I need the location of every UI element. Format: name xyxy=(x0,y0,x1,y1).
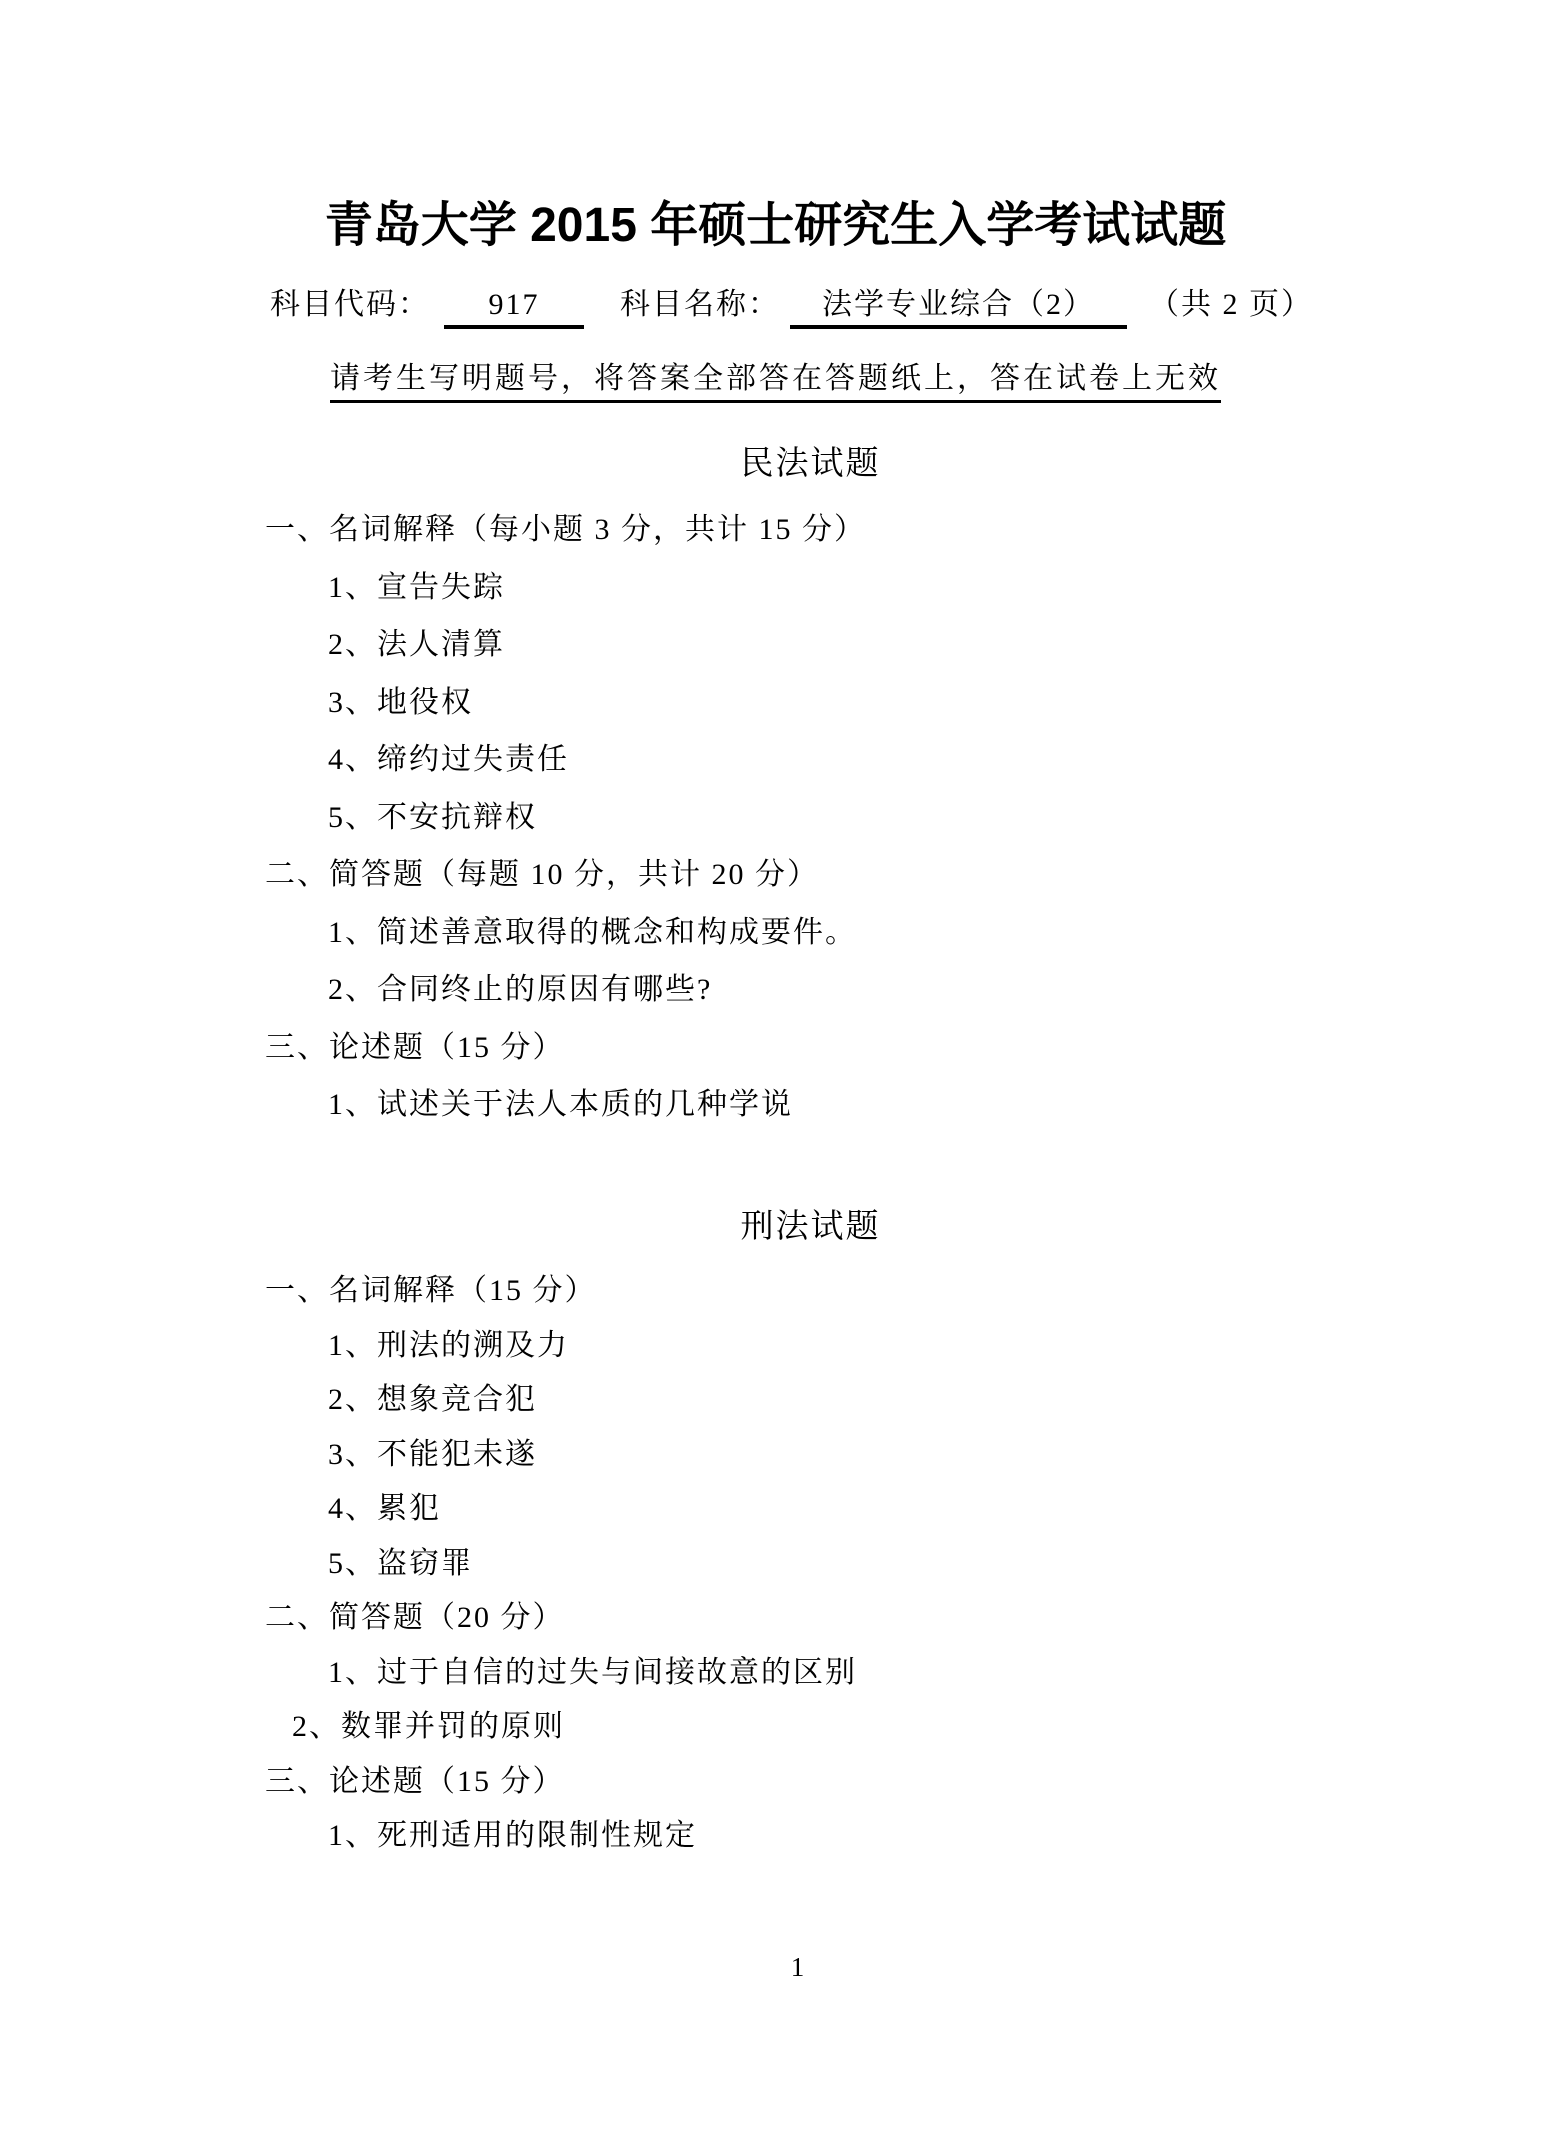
question-group-header: 二、简答题（每题 10 分，共计 20 分） xyxy=(0,846,1551,904)
exam-instruction-text: 请考生写明题号，将答案全部答在答题纸上，答在试卷上无效 xyxy=(330,362,1221,403)
question-item: 1、过于自信的过失与间接故意的区别 xyxy=(0,1646,1551,1701)
subject-code-value: 917 xyxy=(444,287,584,329)
civil-law-section-heading: 民法试题 xyxy=(0,441,1551,501)
question-item: 1、简述善意取得的概念和构成要件。 xyxy=(0,904,1551,962)
question-item: 1、试述关于法人本质的几种学说 xyxy=(0,1076,1551,1134)
question-item: 5、盗窃罪 xyxy=(0,1537,1551,1592)
pages-note: （共 2 页） xyxy=(1149,288,1313,321)
criminal-law-section-heading: 刑法试题 xyxy=(0,1204,1551,1264)
question-item: 2、法人清算 xyxy=(0,616,1551,674)
question-group-header: 三、论述题（15 分） xyxy=(0,1019,1551,1077)
question-item: 4、累犯 xyxy=(0,1482,1551,1537)
page-number: 1 xyxy=(0,1952,1551,1983)
subject-name-value: 法学专业综合（2） xyxy=(790,287,1127,329)
exam-paper-page: 青岛大学 2015 年硕士研究生入学考试试题 科目代码：917科目名称：法学专业… xyxy=(0,0,1551,2151)
question-item: 1、宣告失踪 xyxy=(0,559,1551,617)
question-group-header: 一、名词解释（每小题 3 分，共计 15 分） xyxy=(0,501,1551,559)
page-title: 青岛大学 2015 年硕士研究生入学考试试题 xyxy=(0,200,1551,253)
question-item: 4、缔约过失责任 xyxy=(0,731,1551,789)
question-item: 3、不能犯未遂 xyxy=(0,1428,1551,1483)
criminal-law-section: 刑法试题 一、名词解释（15 分） 1、刑法的溯及力 2、想象竞合犯 3、不能犯… xyxy=(0,1204,1551,1864)
question-item: 1、死刑适用的限制性规定 xyxy=(0,1809,1551,1864)
subject-name-label: 科目名称： xyxy=(620,288,780,321)
question-group-header: 二、简答题（20 分） xyxy=(0,1591,1551,1646)
question-item: 2、想象竞合犯 xyxy=(0,1373,1551,1428)
subject-meta-line: 科目代码：917科目名称：法学专业综合（2）（共 2 页） xyxy=(270,287,1313,329)
question-group-header: 一、名词解释（15 分） xyxy=(0,1264,1551,1319)
question-item: 5、不安抗辩权 xyxy=(0,789,1551,847)
question-item: 3、地役权 xyxy=(0,674,1551,732)
exam-instruction: 请考生写明题号，将答案全部答在答题纸上，答在试卷上无效 xyxy=(0,361,1551,397)
question-item: 1、刑法的溯及力 xyxy=(0,1319,1551,1374)
question-item: 2、合同终止的原因有哪些? xyxy=(0,961,1551,1019)
subject-code-label: 科目代码： xyxy=(270,288,430,321)
question-group-header: 三、论述题（15 分） xyxy=(0,1755,1551,1810)
civil-law-section: 民法试题 一、名词解释（每小题 3 分，共计 15 分） 1、宣告失踪 2、法人… xyxy=(0,441,1551,1134)
question-item: 2、数罪并罚的原则 xyxy=(0,1700,1551,1755)
